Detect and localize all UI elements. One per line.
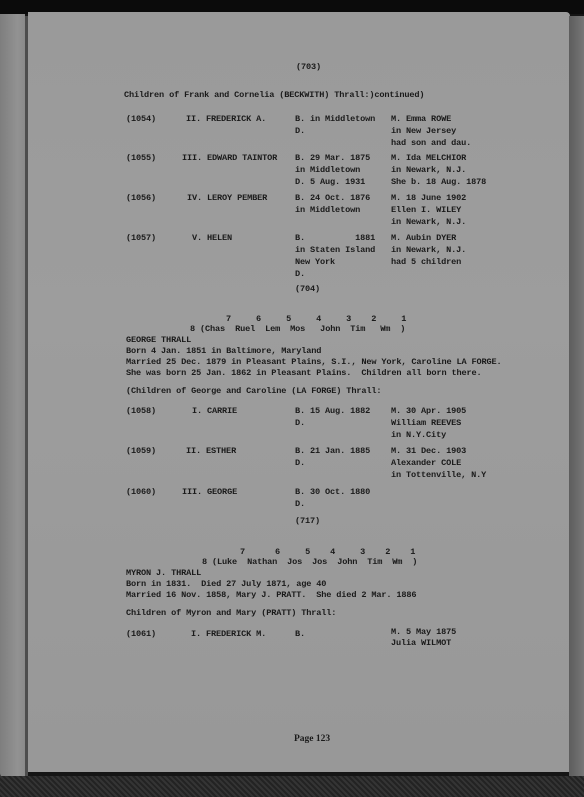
- birth-line: D. 5 Aug. 1931: [295, 177, 365, 189]
- birth-line: in Middletown: [295, 165, 360, 177]
- marriage-line: M. 31 Dec. 1903: [391, 446, 466, 458]
- marriage-line: Ellen I. WILEY: [391, 205, 461, 217]
- reference-number: (704): [295, 284, 320, 296]
- entry-id: (1056): [126, 193, 156, 205]
- marriage-line: M. Aubin DYER: [391, 233, 456, 245]
- section-heading: Children of Myron and Mary (PRATT) Thral…: [126, 608, 336, 620]
- marriage-line: in Newark, N.J.: [391, 245, 466, 257]
- entry-id: (1060): [126, 487, 156, 499]
- marriage-line: in Newark, N.J.: [391, 217, 466, 229]
- scan-background-bottom: [0, 776, 584, 797]
- birth-line: New York: [295, 257, 335, 269]
- marriage-line: in N.Y.City: [391, 430, 446, 442]
- entry-id: (1057): [126, 233, 156, 245]
- biography-line: Born in 1831. Died 27 July 1871, age 40: [126, 579, 326, 591]
- entry-name: V. HELEN: [192, 233, 232, 245]
- birth-line: D.: [295, 269, 305, 281]
- marriage-line: William REEVES: [391, 418, 461, 430]
- lineage-ancestor-names: 8 (Chas Ruel Lem Mos John Tim Wm ): [190, 324, 405, 336]
- birth-line: B. 15 Aug. 1882: [295, 406, 370, 418]
- birth-line: B. 29 Mar. 1875: [295, 153, 370, 165]
- marriage-line: M. Ida MELCHIOR: [391, 153, 466, 165]
- marriage-line: M. Emma ROWE: [391, 114, 451, 126]
- birth-line: B. 30 Oct. 1880: [295, 487, 370, 499]
- reference-number: (717): [295, 516, 320, 528]
- entry-id: (1058): [126, 406, 156, 418]
- marriage-line: She b. 18 Aug. 1878: [391, 177, 486, 189]
- marriage-line: in Tottenville, N.Y: [391, 470, 486, 482]
- entry-name: IV. LEROY PEMBER: [187, 193, 267, 205]
- birth-line: in Staten Island: [295, 245, 375, 257]
- biography-line: She was born 25 Jan. 1862 in Pleasant Pl…: [126, 368, 482, 380]
- section-heading: (Children of George and Caroline (LA FOR…: [126, 386, 381, 398]
- marriage-line: M. 30 Apr. 1905: [391, 406, 466, 418]
- entry-name: III. GEORGE: [182, 487, 237, 499]
- birth-line: in Middletown: [295, 205, 360, 217]
- person-name: GEORGE THRALL: [126, 335, 191, 347]
- entry-id: (1054): [126, 114, 156, 126]
- page-stack-edge: [569, 16, 584, 776]
- entry-name: II. FREDERICK A.: [186, 114, 266, 126]
- marriage-line: had 5 children: [391, 257, 461, 269]
- entry-name: I. FREDERICK M.: [191, 629, 266, 641]
- birth-line: B. 24 Oct. 1876: [295, 193, 370, 205]
- marriage-line: in New Jersey: [391, 126, 456, 138]
- birth-line: D.: [295, 499, 305, 511]
- birth-line: B.: [295, 629, 305, 641]
- entry-name: II. ESTHER: [186, 446, 236, 458]
- birth-line: B. 1881: [295, 233, 375, 245]
- birth-line: B. 21 Jan. 1885: [295, 446, 370, 458]
- birth-line: B. in Middletown: [295, 114, 375, 126]
- entry-id: (1061): [126, 629, 156, 641]
- birth-line: D.: [295, 126, 305, 138]
- marriage-line: Julia WILMOT: [391, 638, 451, 650]
- marriage-line: Alexander COLE: [391, 458, 461, 470]
- lineage-ancestor-names: 8 (Luke Nathan Jos Jos John Tim Wm ): [202, 557, 417, 569]
- marriage-line: M. 18 June 1902: [391, 193, 466, 205]
- person-name: MYRON J. THRALL: [126, 568, 201, 580]
- marriage-line: had son and dau.: [391, 138, 471, 150]
- birth-line: D.: [295, 418, 305, 430]
- page-number: Page 123: [294, 734, 330, 744]
- reference-number: (703): [296, 62, 321, 74]
- birth-line: D.: [295, 458, 305, 470]
- marriage-line: in Newark, N.J.: [391, 165, 466, 177]
- marriage-line: M. 5 May 1875: [391, 627, 456, 639]
- biography-line: Married 16 Nov. 1858, Mary J. PRATT. She…: [126, 590, 416, 602]
- entry-id: (1059): [126, 446, 156, 458]
- biography-line: Born 4 Jan. 1851 in Baltimore, Maryland: [126, 346, 321, 358]
- facing-page-edge: [0, 14, 25, 779]
- biography-line: Married 25 Dec. 1879 in Pleasant Plains,…: [126, 357, 502, 369]
- entry-id: (1055): [126, 153, 156, 165]
- section-heading: Children of Frank and Cornelia (BECKWITH…: [124, 90, 424, 102]
- entry-name: I. CARRIE: [192, 406, 237, 418]
- entry-name: III. EDWARD TAINTOR: [182, 153, 277, 165]
